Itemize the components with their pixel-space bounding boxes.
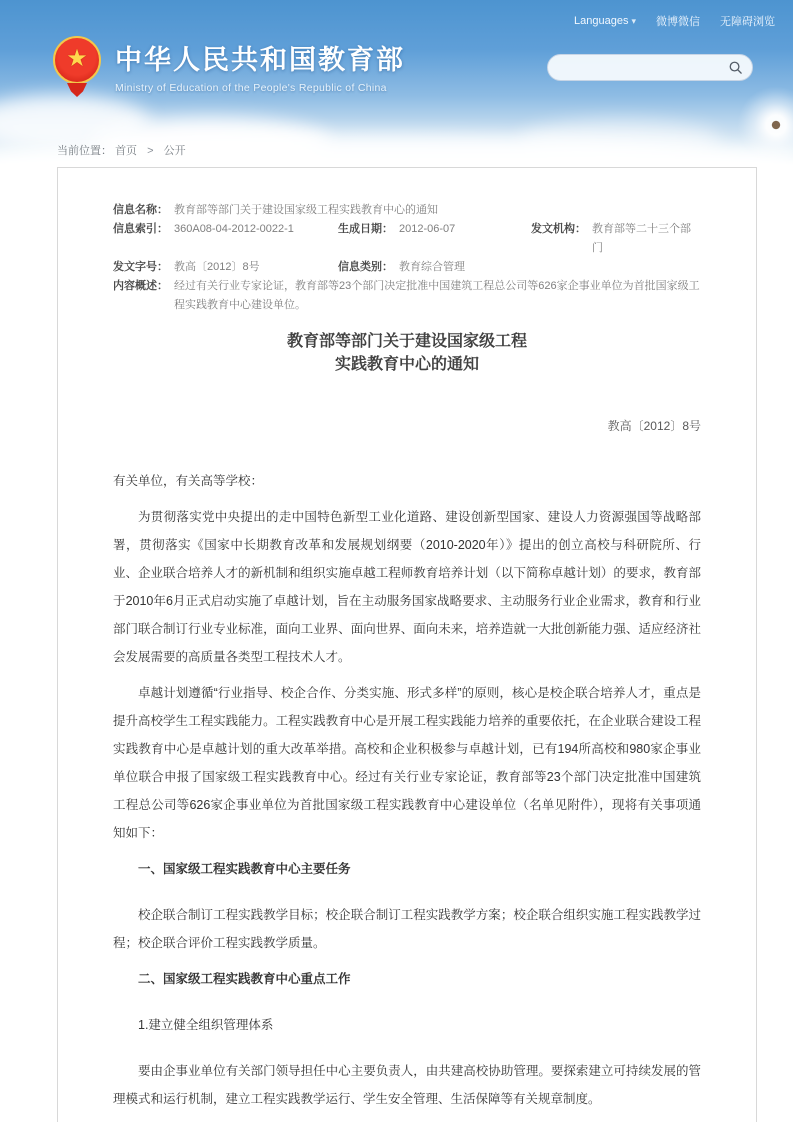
breadcrumb-gongkai[interactable]: 公开 <box>164 145 186 157</box>
meta-pair-docno: 发文字号： 教高〔2012〕8号 <box>113 258 338 277</box>
search-input[interactable] <box>561 61 728 75</box>
meta-date-label: 生成日期： <box>338 220 393 258</box>
paragraph-4: 要由企事业单位有关部门领导担任中心主要负责人，由共建高校协助管理。要探索建立可持… <box>113 1057 701 1113</box>
breadcrumb-separator: > <box>147 145 153 157</box>
chevron-down-icon: ▾ <box>631 16 636 27</box>
meta-summary-value: 经过有关行业专家论证，教育部等23个部门决定批准中国建筑工程总公司等626家企事… <box>174 277 701 315</box>
meta-name-label: 信息名称： <box>113 201 168 220</box>
sub-heading-1: 1.建立健全组织管理体系 <box>113 1011 701 1039</box>
languages-menu[interactable]: Languages ▾ <box>574 15 636 27</box>
meta-row-index-date-org: 信息索引： 360A08-04-2012-0022-1 生成日期： 2012-0… <box>113 220 701 258</box>
link-weibo-wechat[interactable]: 微博微信 <box>656 13 700 29</box>
paragraph-3: 校企联合制订工程实践教学目标；校企联合制订工程实践教学方案；校企联合组织实施工程… <box>113 901 701 957</box>
meta-row-summary: 内容概述： 经过有关行业专家论证，教育部等23个部门决定批准中国建筑工程总公司等… <box>113 277 701 315</box>
meta-category-value: 教育综合管理 <box>399 258 465 277</box>
content-card: 信息名称： 教育部等部门关于建设国家级工程实践教育中心的通知 信息索引： 360… <box>57 167 757 1122</box>
meta-docno-value: 教高〔2012〕8号 <box>174 258 260 277</box>
brand-text: 中华人民共和国教育部 Ministry of Education of the … <box>115 36 405 94</box>
languages-label: Languages <box>574 15 628 27</box>
meta-summary-label: 内容概述： <box>113 277 168 315</box>
meta-org-value: 教育部等二十三个部门 <box>592 220 701 258</box>
emblem-circle: ★ <box>53 36 101 84</box>
paragraph-2: 卓越计划遵循“行业指导、校企合作、分类实施、形式多样”的原则，核心是校企联合培养… <box>113 679 701 847</box>
site-header: Languages ▾ 微博微信 无障碍浏览 ★ 中华人民共和国教育部 Mini… <box>0 0 793 165</box>
link-accessibility[interactable]: 无障碍浏览 <box>720 13 775 29</box>
meta-index-value: 360A08-04-2012-0022-1 <box>174 220 294 258</box>
breadcrumb: 当前位置： 首页 > 公开 <box>57 142 186 158</box>
meta-name-value: 教育部等部门关于建设国家级工程实践教育中心的通知 <box>174 201 438 220</box>
site-subtitle: Ministry of Education of the People's Re… <box>115 82 405 94</box>
search-box[interactable] <box>547 54 753 81</box>
salutation: 有关单位，有关高等学校： <box>113 467 701 495</box>
meta-pair-org: 发文机构： 教育部等二十三个部门 <box>531 220 701 258</box>
search-icon[interactable] <box>728 60 743 75</box>
section-heading-2: 二、国家级工程实践教育中心重点工作 <box>113 965 701 993</box>
meta-pair-date: 生成日期： 2012-06-07 <box>338 220 531 258</box>
paragraph-1: 为贯彻落实党中央提出的走中国特色新型工业化道路、建设创新型国家、建设人力资源强国… <box>113 503 701 671</box>
meta-pair-category: 信息类别： 教育综合管理 <box>338 258 701 277</box>
meta-docno-label: 发文字号： <box>113 258 168 277</box>
meta-index-label: 信息索引： <box>113 220 168 258</box>
breadcrumb-prefix: 当前位置： <box>57 145 112 157</box>
document-title-line1: 教育部等部门关于建设国家级工程 <box>113 330 701 353</box>
site-title: 中华人民共和国教育部 <box>115 38 405 77</box>
top-links: Languages ▾ 微博微信 无障碍浏览 <box>574 13 775 29</box>
document-title: 教育部等部门关于建设国家级工程 实践教育中心的通知 <box>113 330 701 376</box>
brand: ★ 中华人民共和国教育部 Ministry of Education of th… <box>53 36 405 98</box>
meta-row-name: 信息名称： 教育部等部门关于建设国家级工程实践教育中心的通知 <box>113 201 701 220</box>
document-meta: 信息名称： 教育部等部门关于建设国家级工程实践教育中心的通知 信息索引： 360… <box>113 201 701 315</box>
star-icon: ★ <box>66 47 88 71</box>
meta-row-docno-category: 发文字号： 教高〔2012〕8号 信息类别： 教育综合管理 <box>113 258 701 277</box>
breadcrumb-home[interactable]: 首页 <box>115 145 137 157</box>
meta-date-value: 2012-06-07 <box>399 220 455 258</box>
meta-pair-index: 信息索引： 360A08-04-2012-0022-1 <box>113 220 338 258</box>
national-emblem-logo: ★ <box>53 36 101 98</box>
document-title-line2: 实践教育中心的通知 <box>113 353 701 376</box>
emblem-ribbon <box>67 83 87 97</box>
page: Languages ▾ 微博微信 无障碍浏览 ★ 中华人民共和国教育部 Mini… <box>0 0 793 1122</box>
meta-category-label: 信息类别： <box>338 258 393 277</box>
section-heading-1: 一、国家级工程实践教育中心主要任务 <box>113 855 701 883</box>
meta-org-label: 发文机构： <box>531 220 586 258</box>
document-number: 教高〔2012〕8号 <box>113 417 701 436</box>
